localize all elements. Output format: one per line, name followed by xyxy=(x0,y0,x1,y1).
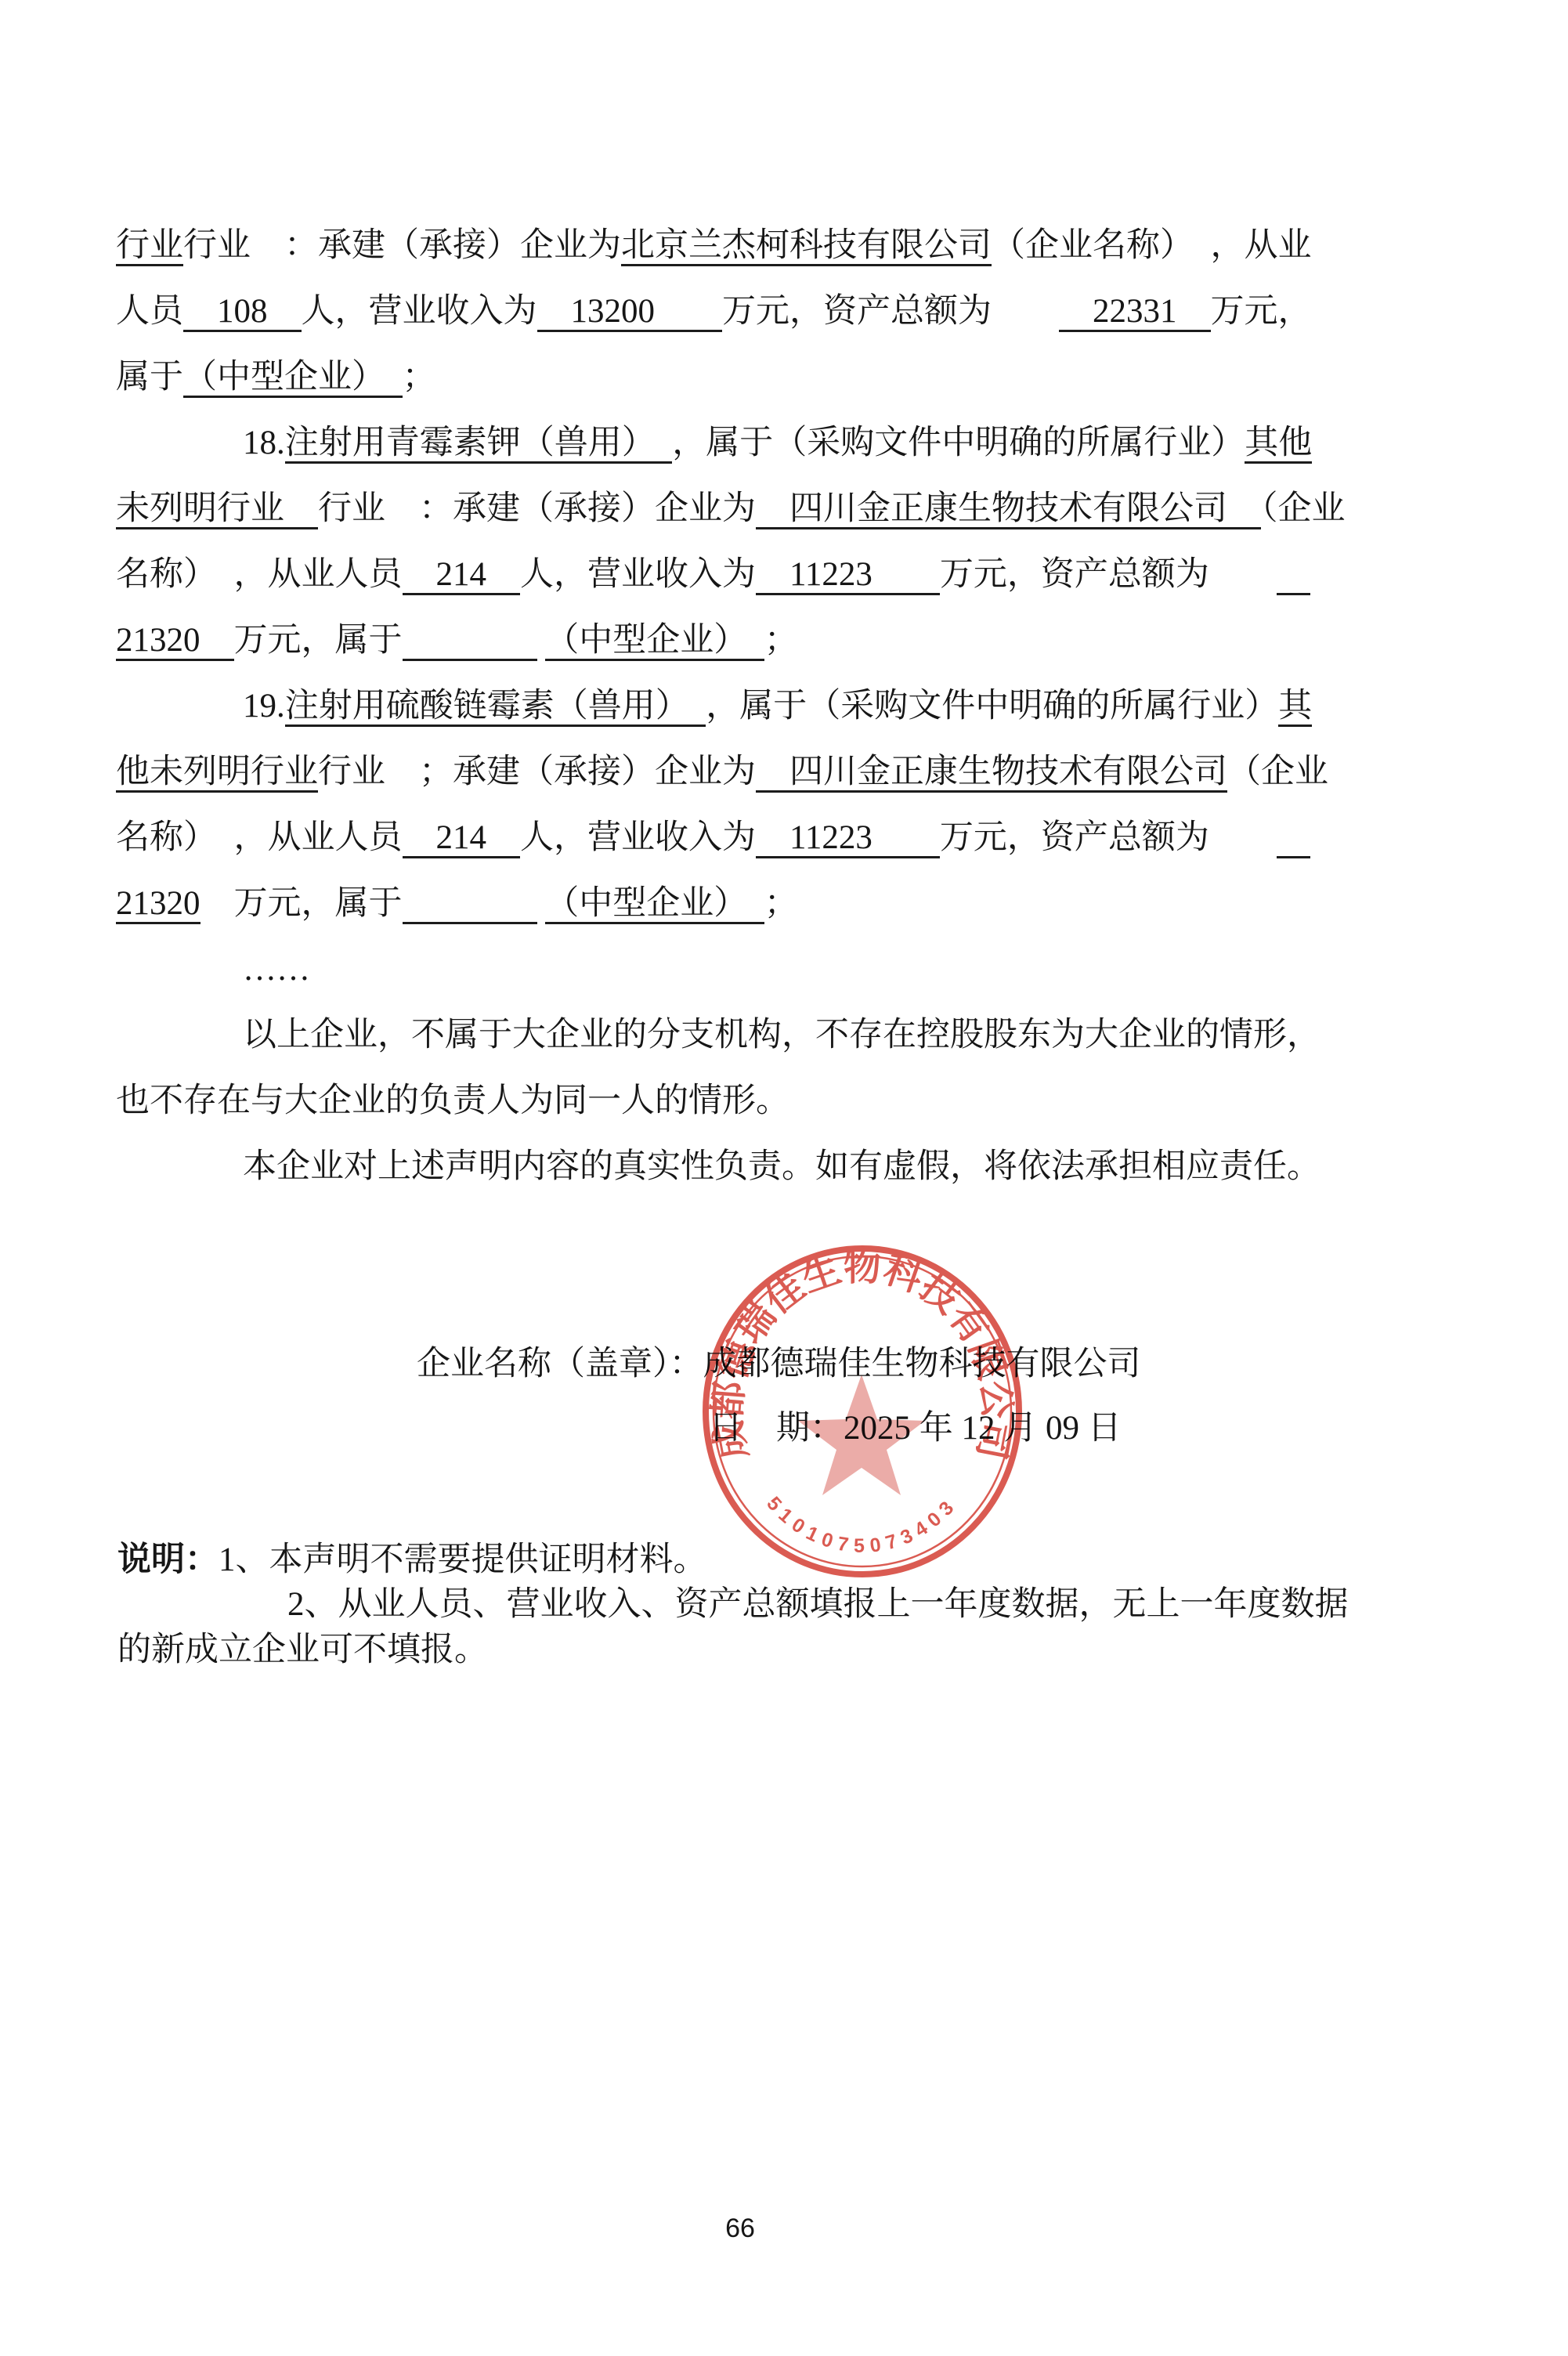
underlined-text: 北京兰杰柯科技有限公司 xyxy=(621,227,992,266)
text-segment: 说明： xyxy=(117,1541,219,1578)
underlined-text: 11223 xyxy=(756,819,940,858)
text-segment: 属于 xyxy=(116,359,183,396)
text-segment xyxy=(537,622,546,659)
text-segment xyxy=(992,293,1059,330)
text-line: 的新成立企业可不填报。 xyxy=(117,1628,1343,1673)
text-segment xyxy=(1209,819,1277,856)
text-segment: ，从业 xyxy=(1177,227,1312,264)
text-segment: （企业 xyxy=(1227,753,1328,790)
underlined-text: 四川金正康生物技术有限公司 xyxy=(756,753,1227,793)
text-segment xyxy=(537,885,546,922)
text-segment: 行业 ：承建（承接）企业为 xyxy=(318,490,756,527)
text-segment: …… xyxy=(243,951,310,988)
underlined-text xyxy=(403,622,537,661)
underlined-text: 214 xyxy=(403,556,521,595)
company-seal: 成都德瑞佳生物科技有限公司 5101075073403 xyxy=(693,1239,1031,1592)
text-segment: 万元， xyxy=(1211,293,1312,330)
seal-star-icon xyxy=(798,1375,925,1495)
text-line: 属于（中型企业） ； xyxy=(116,345,1342,410)
underlined-text: 四川金正康生物技术有限公司 xyxy=(756,490,1261,529)
underlined-text: 13200 xyxy=(537,293,723,332)
text-segment: 人，营业收入为 xyxy=(520,556,756,593)
text-segment: 万元，资产总额为 xyxy=(940,556,1209,593)
text-segment: 名称） ，从业人员 xyxy=(116,556,403,593)
text-segment: 2、从业人员、营业收入、资产总额填报上一年度数据，无上一年度数据 xyxy=(287,1586,1349,1623)
underlined-text: 21320 xyxy=(116,622,234,661)
text-segment: （企业名称） xyxy=(992,227,1177,264)
text-segment: 名称） ，从业人员 xyxy=(116,819,403,856)
underlined-text: 他未列明行业 xyxy=(116,753,318,793)
underlined-text xyxy=(403,885,537,924)
text-segment: 万元，属于 xyxy=(201,885,403,922)
text-segment: 行业 ；承建（承接）企业为 xyxy=(318,753,756,790)
text-segment: 19. xyxy=(243,688,285,725)
underlined-text xyxy=(1277,556,1310,595)
underlined-text: 11223 xyxy=(756,556,940,595)
underlined-text: （中型企业） xyxy=(545,885,764,924)
text-segment: ； xyxy=(764,622,798,659)
text-line: 本企业对上述声明内容的真实性负责。如有虚假，将依法承担相应责任。 xyxy=(116,1134,1342,1200)
text-segment: 人员 xyxy=(116,293,183,330)
text-segment: ； xyxy=(403,359,436,396)
text-segment: ，属于（采购文件中明确的所属行业） xyxy=(672,425,1245,461)
text-segment: （企业 xyxy=(1261,490,1346,527)
text-segment: 行业 xyxy=(183,227,251,264)
text-segment: ：承建（承接）企业为 xyxy=(251,227,621,264)
text-segment: 以上企业，不属于大企业的分支机构，不存在控股股东为大企业的情形， xyxy=(243,1017,1321,1053)
underlined-text: 22331 xyxy=(1059,293,1211,332)
underlined-text: （中型企业） xyxy=(545,622,764,661)
text-line: 他未列明行业行业 ；承建（承接）企业为 四川金正康生物技术有限公司（企业 xyxy=(116,739,1342,805)
underlined-text: 注射用青霉素钾（兽用） xyxy=(285,425,673,464)
underlined-text: （中型企业） xyxy=(183,359,403,398)
text-line: 18.注射用青霉素钾（兽用） ，属于（采购文件中明确的所属行业）其他 xyxy=(116,410,1342,476)
text-line: 21320 万元，属于 （中型企业） ； xyxy=(116,608,1342,674)
text-line: 也不存在与大企业的负责人为同一人的情形。 xyxy=(116,1068,1342,1134)
text-segment: 本企业对上述声明内容的真实性负责。如有虚假，将依法承担相应责任。 xyxy=(243,1148,1321,1185)
underlined-text: 其 xyxy=(1278,688,1312,727)
text-segment: 万元，属于 xyxy=(234,622,403,659)
text-segment: 1、本声明不需要提供证明材料。 xyxy=(219,1541,707,1578)
underlined-text: 其他 xyxy=(1245,425,1312,464)
underlined-text: 未列明行业 xyxy=(116,490,318,529)
text-line: 以上企业，不属于大企业的分支机构，不存在控股股东为大企业的情形， xyxy=(116,1003,1342,1068)
text-line: 人员 108 人，营业收入为 13200 万元，资产总额为 22331 万元， xyxy=(116,279,1342,345)
text-segment: 18. xyxy=(243,425,285,461)
text-line: 19.注射用硫酸链霉素（兽用） ，属于（采购文件中明确的所属行业）其 xyxy=(116,674,1342,739)
text-line: 21320 万元，属于 （中型企业） ； xyxy=(116,871,1342,937)
body-text: 行业行业 ：承建（承接）企业为北京兰杰柯科技有限公司（企业名称） ，从业人员 1… xyxy=(116,213,1342,1200)
underlined-text: 注射用硫酸链霉素（兽用） xyxy=(285,688,706,727)
text-line: 行业行业 ：承建（承接）企业为北京兰杰柯科技有限公司（企业名称） ，从业 xyxy=(116,213,1342,279)
underlined-text: 21320 xyxy=(116,885,201,924)
text-segment: 的新成立企业可不填报。 xyxy=(117,1631,488,1668)
text-segment: ； xyxy=(764,885,798,922)
document-page: { "page": { "background": "#ffffff", "nu… xyxy=(0,0,1568,2356)
text-line: 未列明行业 行业 ：承建（承接）企业为 四川金正康生物技术有限公司 （企业 xyxy=(116,476,1342,542)
text-segment: 人，营业收入为 xyxy=(520,819,756,856)
underlined-text xyxy=(1277,819,1310,858)
text-segment: 万元，资产总额为 xyxy=(722,293,992,330)
underlined-text: 214 xyxy=(403,819,521,858)
page-number: 66 xyxy=(705,2213,775,2244)
text-segment xyxy=(1209,556,1277,593)
text-segment: ，属于（采购文件中明确的所属行业） xyxy=(706,688,1278,725)
text-line: 名称） ，从业人员 214 人，营业收入为 11223 万元，资产总额为 xyxy=(116,542,1342,608)
text-segment: 万元，资产总额为 xyxy=(940,819,1209,856)
text-segment: 人，营业收入为 xyxy=(302,293,537,330)
underlined-text: 108 xyxy=(183,293,302,332)
text-line: …… xyxy=(116,937,1342,1003)
text-segment: 也不存在与大企业的负责人为同一人的情形。 xyxy=(116,1082,789,1119)
text-line: 名称） ，从业人员 214 人，营业收入为 11223 万元，资产总额为 xyxy=(116,805,1342,871)
underlined-text: 行业 xyxy=(116,227,183,266)
